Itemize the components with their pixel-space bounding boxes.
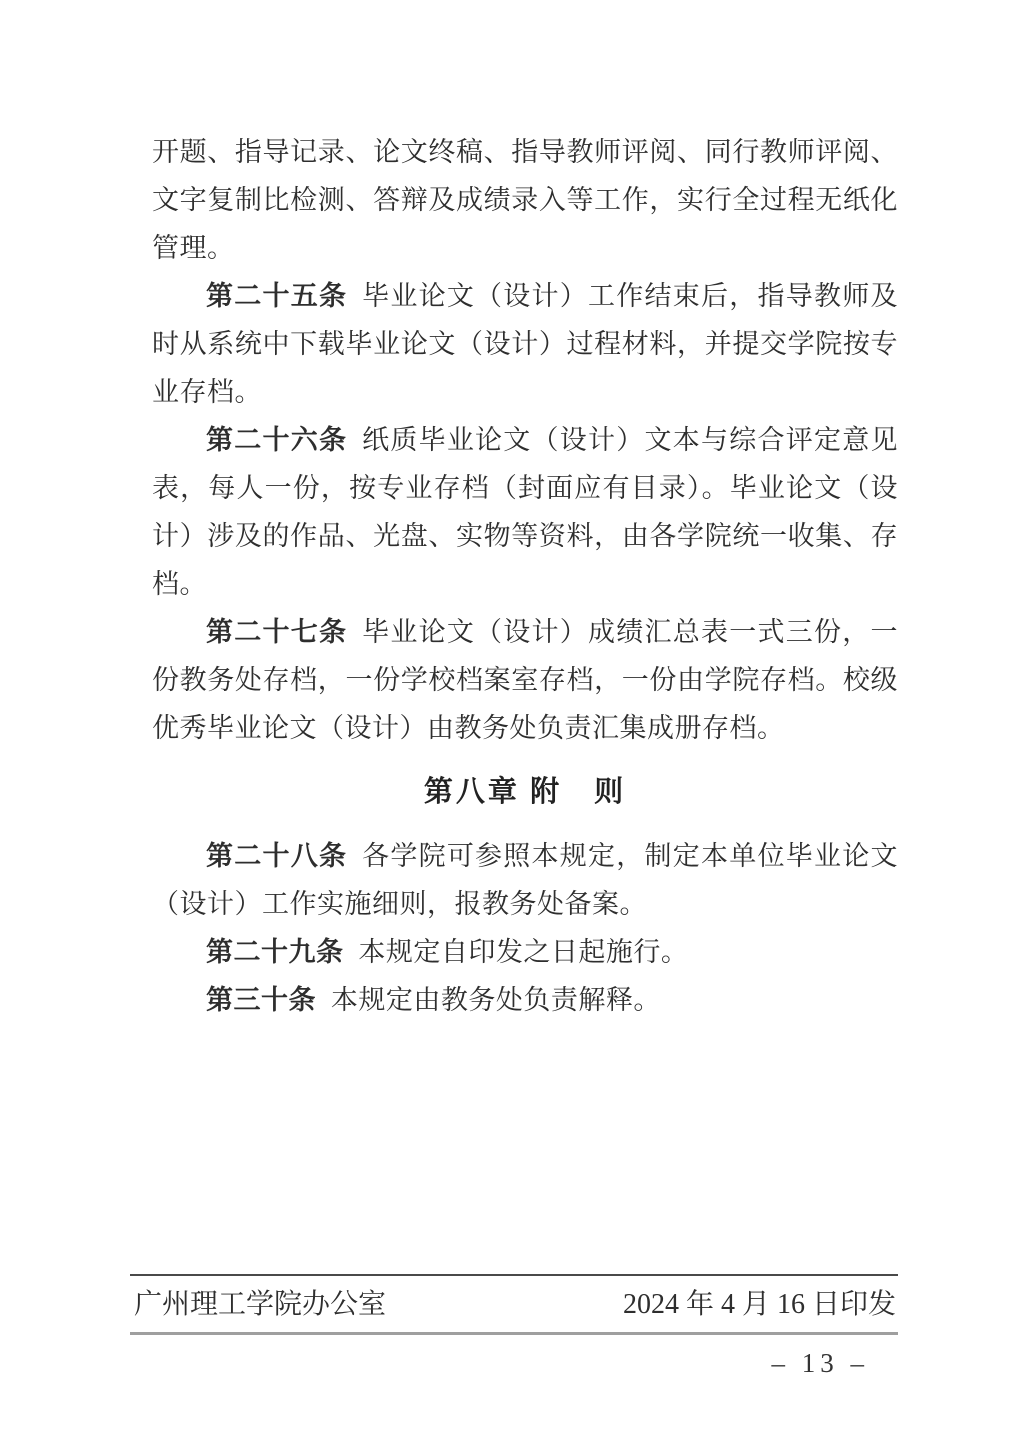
issue-date: 2024 年 4 月 16 日印发 (623, 1282, 896, 1328)
issuing-office: 广州理工学院办公室 (134, 1282, 386, 1328)
chapter-heading: 第八章 附 则 (152, 768, 898, 816)
paragraph-article-25: 第二十五条毕业论文（设计）工作结束后，指导教师及时从系统中下载毕业论文（设计）过… (152, 272, 898, 416)
article-number: 第二十五条 (206, 281, 347, 311)
paragraph-article-29: 第二十九条本规定自印发之日起施行。 (152, 928, 898, 976)
article-number: 第三十条 (206, 985, 316, 1015)
footer: 广州理工学院办公室 2024 年 4 月 16 日印发 (134, 1282, 896, 1328)
article-number: 第二十七条 (206, 617, 347, 647)
article-number: 第二十八条 (206, 841, 347, 871)
article-number: 第二十九条 (206, 937, 344, 967)
paragraph-article-26: 第二十六条纸质毕业论文（设计）文本与综合评定意见表，每人一份，按专业存档（封面应… (152, 416, 898, 608)
paragraph-text: 本规定由教务处负责解释。 (331, 985, 661, 1015)
document-page: 开题、指导记录、论文终稿、指导教师评阅、同行教师评阅、文字复制比检测、答辩及成绩… (0, 0, 1024, 1448)
paragraph-article-27: 第二十七条毕业论文（设计）成绩汇总表一式三份，一份教务处存档，一份学校档案室存档… (152, 608, 898, 752)
article-number: 第二十六条 (206, 425, 347, 455)
footer-divider-bottom (130, 1332, 898, 1335)
document-body: 开题、指导记录、论文终稿、指导教师评阅、同行教师评阅、文字复制比检测、答辩及成绩… (152, 128, 898, 1024)
paragraph-continued: 开题、指导记录、论文终稿、指导教师评阅、同行教师评阅、文字复制比检测、答辩及成绩… (152, 128, 898, 272)
paragraph-text: 本规定自印发之日起施行。 (358, 937, 688, 967)
page-number: – 13 – (772, 1346, 870, 1380)
paragraph-article-30: 第三十条本规定由教务处负责解释。 (152, 976, 898, 1024)
paragraph-article-28: 第二十八条各学院可参照本规定，制定本单位毕业论文（设计）工作实施细则，报教务处备… (152, 832, 898, 928)
footer-divider-top (130, 1274, 898, 1276)
paragraph-text: 开题、指导记录、论文终稿、指导教师评阅、同行教师评阅、文字复制比检测、答辩及成绩… (152, 137, 898, 263)
